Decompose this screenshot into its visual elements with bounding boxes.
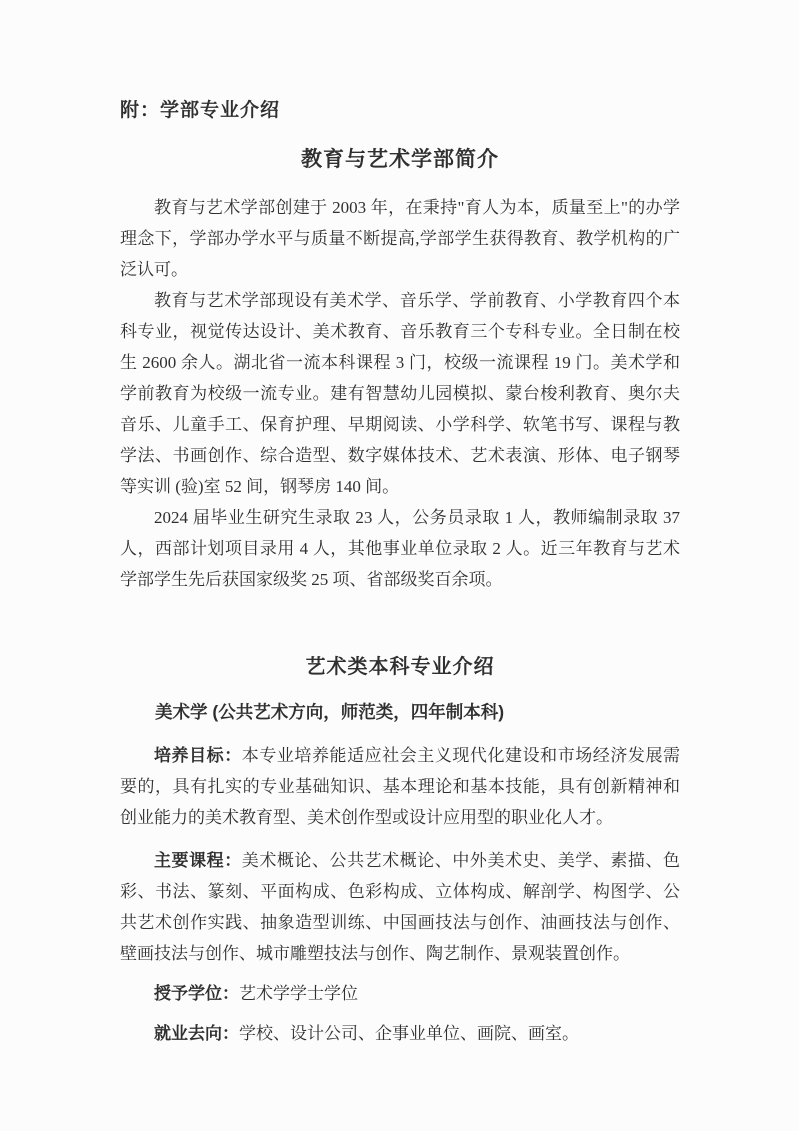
field-degree-awarded: 授予学位：艺术学学士学位 bbox=[120, 978, 680, 1009]
field-career-paths-text: 学校、设计公司、企事业单位、画院、画室。 bbox=[239, 1024, 579, 1043]
major-name-heading: 美术学 (公共艺术方向，师范类，四年制本科) bbox=[120, 697, 680, 728]
field-degree-awarded-text: 艺术学学士学位 bbox=[239, 984, 358, 1003]
document-content: 附：学部专业介绍 教育与艺术学部简介 教育与艺术学部创建于 2003 年，在秉持… bbox=[0, 0, 799, 1049]
attachment-heading: 附：学部专业介绍 bbox=[120, 98, 680, 124]
field-training-objective-label: 培养目标： bbox=[154, 746, 242, 765]
field-training-objective: 培养目标：本专业培养能适应社会主义现代化建设和市场经济发展需要的，具有扎实的专业… bbox=[120, 740, 680, 833]
field-main-courses-label: 主要课程： bbox=[154, 851, 242, 870]
field-main-courses: 主要课程：美术概论、公共艺术概论、中外美术史、美学、素描、色彩、书法、篆刻、平面… bbox=[120, 845, 680, 969]
field-career-paths: 就业去向：学校、设计公司、企事业单位、画院、画室。 bbox=[120, 1018, 680, 1049]
paragraph-graduate-achievements: 2024 届毕业生研究生录取 23 人，公务员录取 1 人，教师编制录取 37 … bbox=[120, 502, 680, 595]
art-undergraduate-majors-title: 艺术类本科专业介绍 bbox=[120, 653, 680, 681]
paragraph-department-overview: 教育与艺术学部创建于 2003 年，在秉持"育人为本，质量至上"的办学理念下，学… bbox=[120, 192, 680, 285]
paragraph-programs-facilities: 教育与艺术学部现设有美术学、音乐学、学前教育、小学教育四个本科专业，视觉传达设计… bbox=[120, 285, 680, 502]
department-intro-title: 教育与艺术学部简介 bbox=[120, 146, 680, 174]
field-career-paths-label: 就业去向： bbox=[154, 1024, 239, 1043]
document-page: 附：学部专业介绍 教育与艺术学部简介 教育与艺术学部创建于 2003 年，在秉持… bbox=[0, 0, 799, 1131]
field-degree-awarded-label: 授予学位： bbox=[154, 984, 239, 1003]
